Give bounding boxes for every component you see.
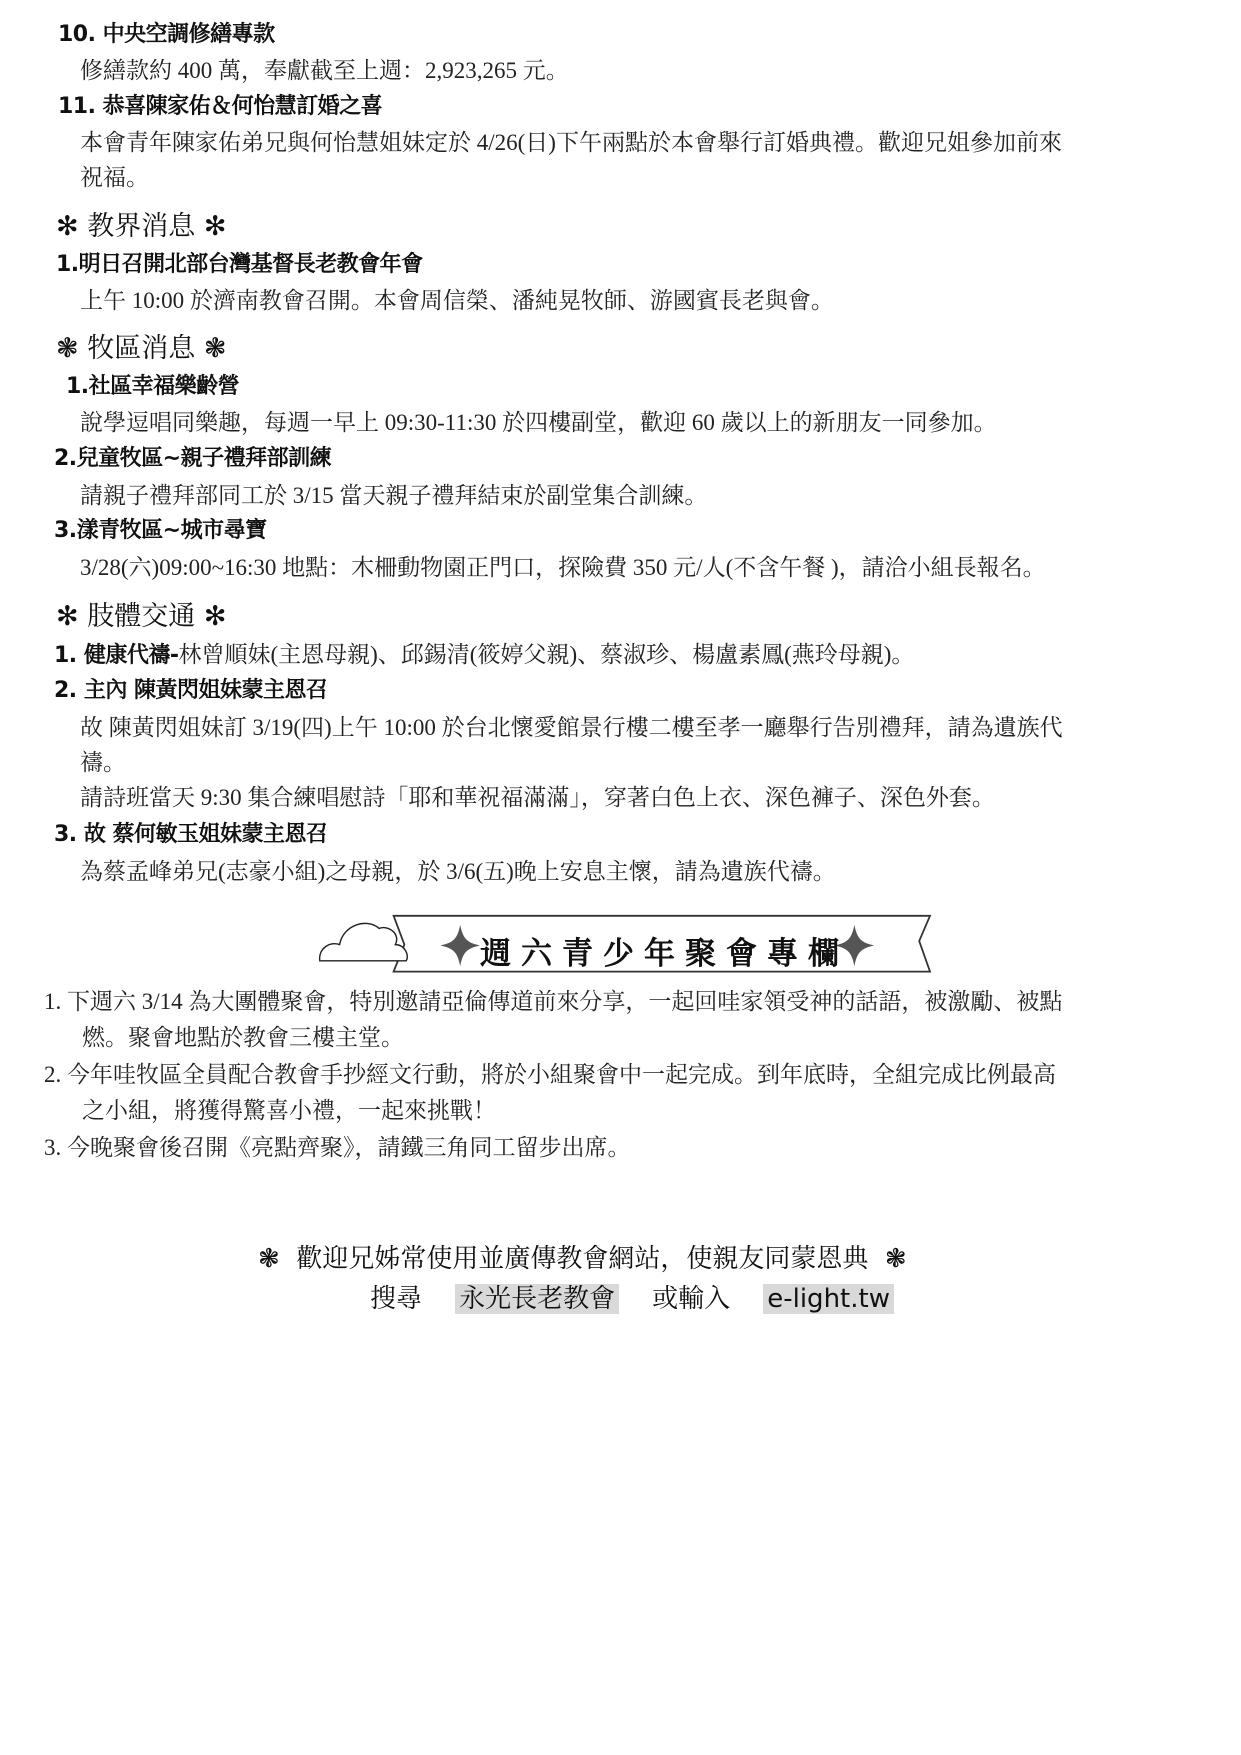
youth-column-title: 週六青少年聚會專欄 [480, 928, 849, 973]
announcement-11-text-cont: 祝福。 [80, 163, 149, 193]
announcement-10-text: 修繕款約 400 萬，奉獻截至上週：2,923,265 元。 [80, 56, 569, 86]
district-news-1-text: 說學逗唱同樂趣，每週一早上 09:30-11:30 於四樓副堂，歡迎 60 歲以… [80, 408, 997, 438]
or-label: 或輸入 [652, 1284, 730, 1314]
youth-item-1-cont: 燃。聚會地點於教會三樓主堂。 [82, 1023, 404, 1053]
fellowship-2-text: 故 陳黃閃姐妹訂 3/19(四)上午 10:00 於台北懷愛館景行樓二樓至孝一廳… [80, 713, 1063, 743]
section-fellowship: ✻ 肢體交通 ✻ [56, 602, 226, 632]
announcement-11-heading: 11. 恭喜陳家佑＆何怡慧訂婚之喜 [58, 92, 382, 122]
footer-search-line: 搜尋 永光長老教會 或輸入 e-light.tw [370, 1284, 894, 1314]
fellowship-1-text: 林曾順妹(主恩母親)、邱錫清(筱婷父親)、蔡淑珍、楊盧素鳳(燕玲母親)。 [178, 642, 914, 667]
fellowship-3-heading: 3. 故 蔡何敏玉姐妹蒙主恩召 [54, 820, 327, 850]
fellowship-1: 1. 健康代禱-林曾順妹(主恩母親)、邱錫清(筱婷父親)、蔡淑珍、楊盧素鳳(燕玲… [54, 640, 914, 671]
asterisk-icon: ✻ [56, 211, 79, 242]
cloud-icon [320, 923, 408, 960]
search-label: 搜尋 [370, 1284, 422, 1314]
announcement-11-text: 本會青年陳家佑弟兄與何怡慧姐妹定於 4/26(日)下午兩點於本會舉行訂婚典禮。歡… [80, 128, 1062, 158]
youth-item-2-cont: 之小組，將獲得驚喜小禮，一起來挑戰！ [82, 1096, 496, 1126]
section-district-news: ❃ 牧區消息 ❃ [56, 334, 226, 364]
district-news-3-text: 3/28(六)09:00~16:30 地點：木柵動物園正門口，探險費 350 元… [80, 553, 1046, 583]
youth-item-1: 1. 下週六 3/14 為大團體聚會，特別邀請亞倫傳道前來分享，一起回哇家領受神… [44, 987, 1062, 1017]
fellowship-2-text-cont: 禱。 [80, 748, 126, 778]
asterisk-icon: ✻ [56, 601, 79, 632]
section-title: 牧區消息 [87, 333, 195, 364]
announcement-10-heading: 10. 中央空調修繕專款 [58, 20, 275, 50]
fellowship-2-heading: 2. 主內 陳黃閃姐妹蒙主恩召 [54, 676, 327, 706]
youth-item-3: 3. 今晚聚會後召開《亮點齊聚》，請鐵三角同工留步出席。 [44, 1133, 631, 1163]
district-news-2-text: 請親子禮拜部同工於 3/15 當天親子禮拜結束於副堂集合訓練。 [80, 481, 707, 511]
church-news-1-heading: 1.明日召開北部台灣基督長老教會年會 [56, 250, 423, 280]
flower-asterisk-icon: ❃ [204, 333, 227, 364]
fellowship-2-text-choir: 請詩班當天 9:30 集合練唱慰詩「耶和華祝福滿滿」，穿著白色上衣、深色褲子、深… [80, 783, 995, 813]
footer-website-message: ❃ 歡迎兄姊常使用並廣傳教會網站，使親友同蒙恩典 ❃ [258, 1244, 907, 1274]
asterisk-icon: ✻ [204, 601, 227, 632]
church-news-1-text: 上午 10:00 於濟南教會召開。本會周信榮、潘純晃牧師、游國賓長老與會。 [80, 286, 834, 316]
footer-message: 歡迎兄姊常使用並廣傳教會網站，使親友同蒙恩典 [296, 1244, 868, 1274]
youth-item-2: 2. 今年哇牧區全員配合教會手抄經文行動，將於小組聚會中一起完成。到年底時，全組… [44, 1060, 1056, 1090]
fellowship-1-heading: 1. 健康代禱- [54, 643, 178, 668]
asterisk-icon: ✻ [204, 211, 227, 242]
section-title: 肢體交通 [87, 601, 195, 632]
section-church-news: ✻ 教界消息 ✻ [56, 212, 226, 242]
flower-asterisk-icon: ❃ [885, 1244, 907, 1274]
section-title: 教界消息 [87, 211, 195, 242]
district-news-3-heading: 3.漾青牧區~城市尋寶 [54, 516, 267, 546]
district-news-2-heading: 2.兒童牧區~親子禮拜部訓練 [54, 444, 331, 474]
district-news-1-heading: 1.社區幸福樂齡營 [66, 372, 239, 402]
search-term-highlight: 永光長老教會 [455, 1284, 619, 1314]
flower-asterisk-icon: ❃ [258, 1244, 280, 1274]
flower-asterisk-icon: ❃ [56, 333, 79, 364]
website-url-link[interactable]: e-light.tw [763, 1284, 894, 1314]
fellowship-3-text: 為蔡孟峰弟兄(志豪小組)之母親，於 3/6(五)晚上安息主懷，請為遺族代禱。 [80, 857, 836, 887]
